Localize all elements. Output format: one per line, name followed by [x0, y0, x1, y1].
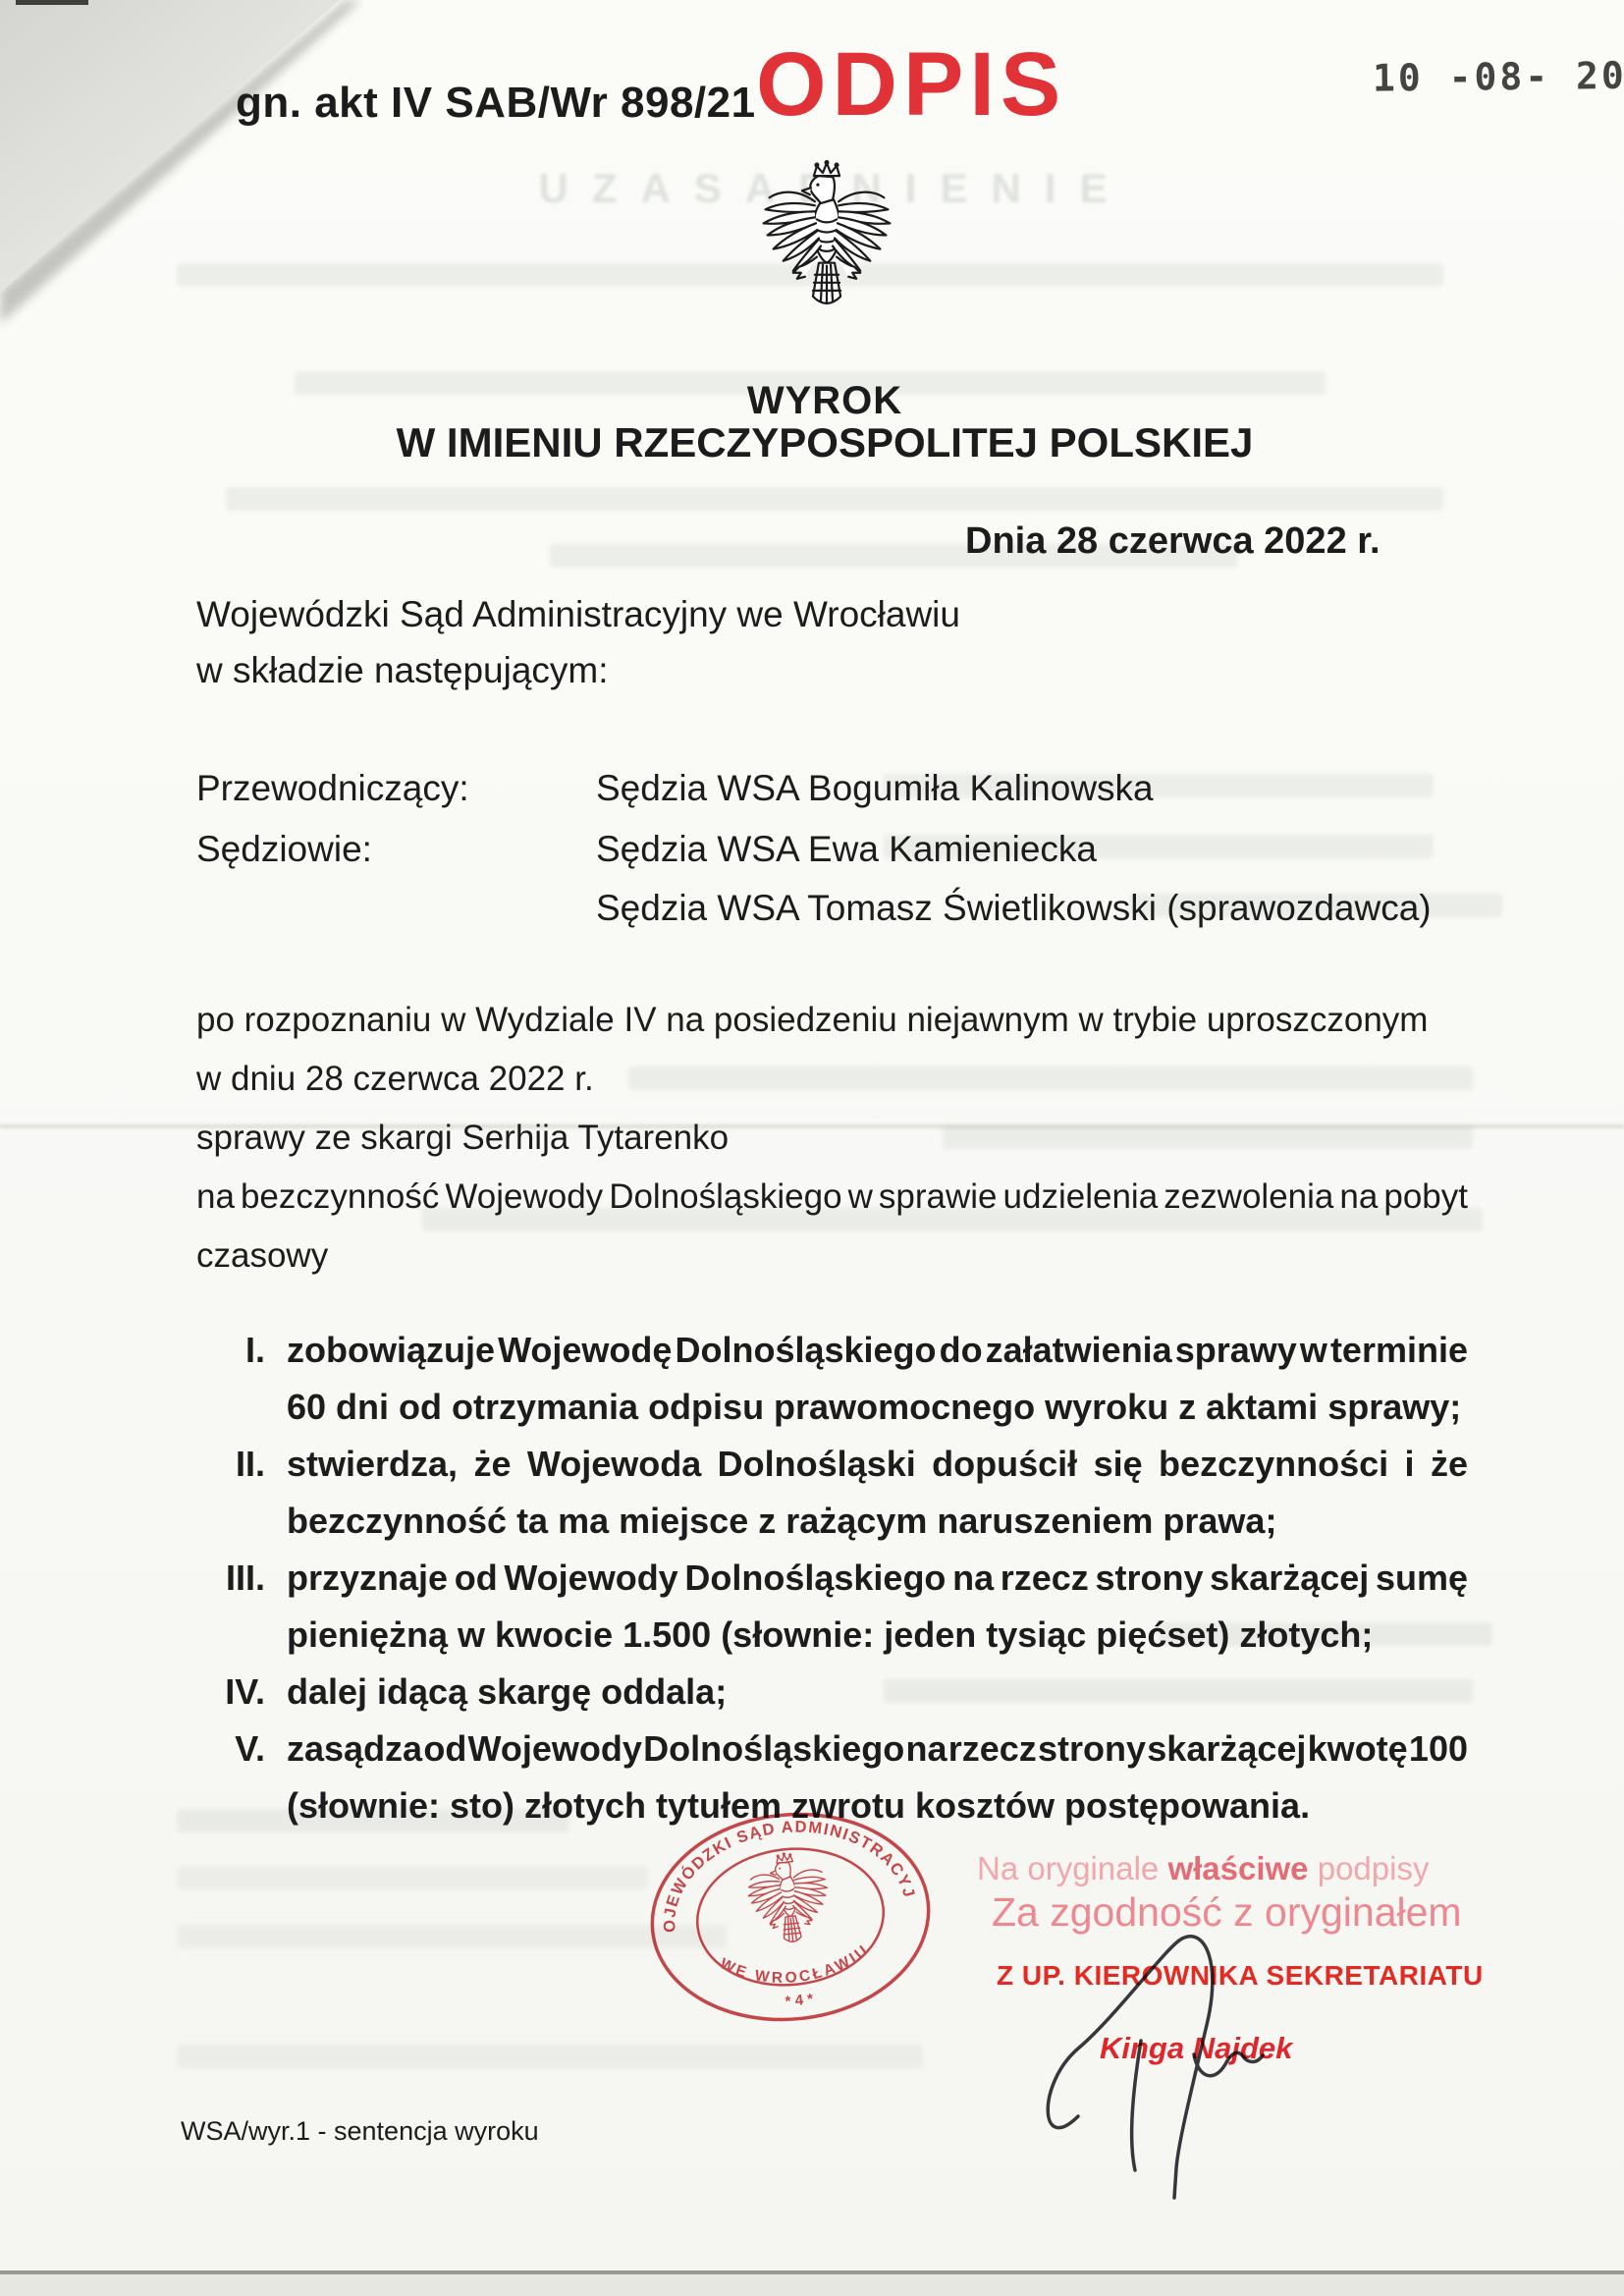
ruling-line: stwierdza, że Wojewoda Dolnośląski dopuś…	[287, 1444, 1468, 1485]
judgment-date: Dnia 28 czerwca 2022 r.	[965, 520, 1380, 563]
court-round-seal: WOJEWÓDZKI SĄD ADMINISTRACYJNY WE WROCŁA…	[632, 1790, 948, 2044]
svg-text:WE WROCŁAWIU: WE WROCŁAWIU	[716, 1940, 876, 1994]
ruling-line: zasądza od Wojewody Dolnośląskiego na rz…	[287, 1728, 1468, 1770]
ruling-line: dalej idącą skargę oddala;	[287, 1671, 1468, 1713]
court-name: Wojewódzki Sąd Administracyjny we Wrocła…	[196, 594, 960, 635]
ruling-line: bezczynność ta ma miejsce z rażącym naru…	[287, 1501, 1468, 1542]
panel-role-presiding: Przewodniczący:	[196, 768, 469, 809]
handwritten-signature	[1001, 1915, 1316, 2210]
panel-intro: w składzie następującym:	[196, 650, 609, 691]
odpis-copy-stamp: ODPIS	[756, 33, 1066, 137]
seal-bottom-text: WE WROCŁAWIU	[716, 1940, 876, 1994]
certification-text: Na oryginale	[977, 1850, 1167, 1886]
ruling-numeral: I.	[192, 1330, 265, 1371]
panel-judge-rapporteur: Sędzia WSA Tomasz Świetlikowski (sprawoz…	[596, 888, 1432, 929]
recital-line: w dniu 28 czerwca 2022 r.	[196, 1060, 1468, 1099]
ruling-line: 60 dni od otrzymania odpisu prawomocnego…	[287, 1387, 1468, 1428]
ruling-numeral: V.	[192, 1728, 265, 1770]
recital-line: czasowy	[196, 1236, 1468, 1276]
recital-line: po rozpoznaniu w Wydziale IV na posiedze…	[196, 1001, 1468, 1040]
certification-original-signatures: Na oryginale właściwe podpisy	[977, 1850, 1429, 1887]
panel-role-judges: Sędziowie:	[196, 829, 372, 870]
panel-judge: Sędzia WSA Ewa Kamieniecka	[596, 829, 1097, 870]
received-date-stamp: 10 -08- 2022	[1373, 53, 1624, 99]
scanner-bed-strip	[0, 2274, 1624, 2296]
scanned-court-judgment-page: { "document": { "case_ref": "gn. akt IV …	[0, 0, 1624, 2296]
bleed-through-line	[177, 1866, 648, 1889]
judgment-title: WYROK	[334, 379, 1316, 423]
ruling-numeral: IV.	[192, 1671, 265, 1713]
panel-judge: Sędzia WSA Bogumiła Kalinowska	[596, 768, 1154, 809]
ruling-line: zobowiązuje Wojewodę Dolnośląskiego do z…	[287, 1330, 1468, 1371]
certification-text-emphasis: właściwe	[1167, 1850, 1308, 1886]
seal-number: * 4 *	[785, 1991, 814, 2010]
recital-line: na bezczynność Wojewody Dolnośląskiego w…	[196, 1177, 1468, 1217]
polish-eagle-emblem-icon	[757, 160, 896, 313]
judgment-subtitle: W IMIENIU RZECZYPOSPOLITEJ POLSKIEJ	[177, 419, 1473, 466]
ruling-numeral: III.	[192, 1558, 265, 1599]
ruling-line: pieniężną w kwocie 1.500 (słownie: jeden…	[287, 1614, 1468, 1656]
case-reference: gn. akt IV SAB/Wr 898/21	[236, 79, 756, 128]
ruling-numeral: II.	[192, 1444, 265, 1485]
certification-text: podpisy	[1309, 1850, 1430, 1886]
bleed-through-line	[177, 2045, 923, 2068]
recital-line: sprawy ze skargi Serhija Tytarenko	[196, 1119, 1468, 1158]
ruling-line: przyznaje od Wojewody Dolnośląskiego na …	[287, 1558, 1468, 1599]
footer-form-note: WSA/wyr.1 - sentencja wyroku	[181, 2116, 539, 2147]
scan-edge-artifact	[16, 0, 88, 5]
bleed-through-line	[226, 487, 1443, 511]
